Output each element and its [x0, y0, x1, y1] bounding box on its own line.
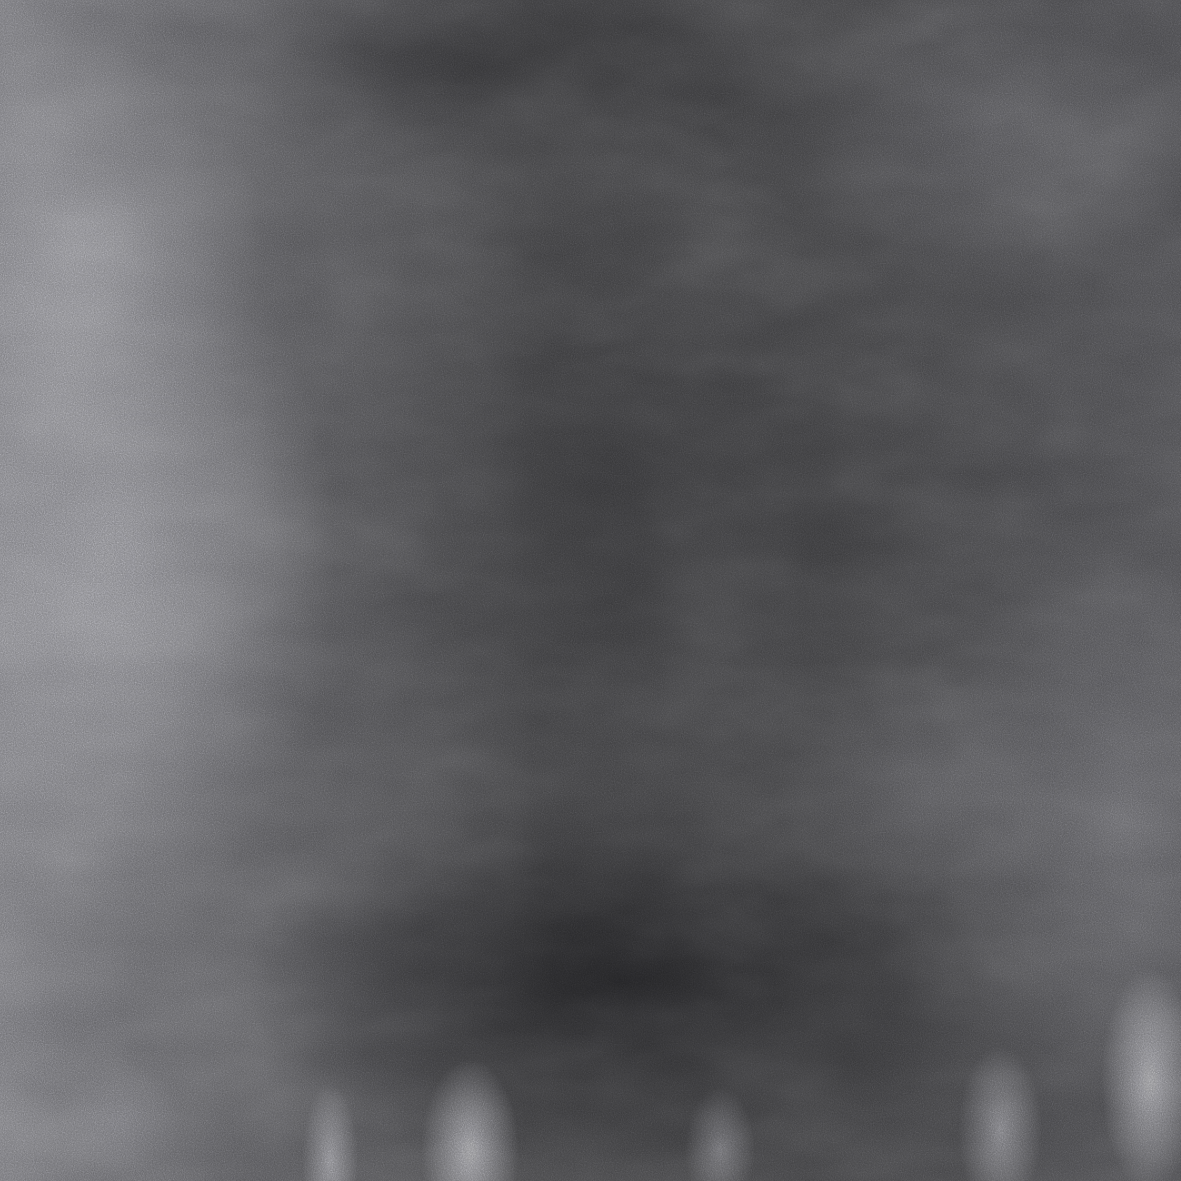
concrete-texture — [0, 0, 1181, 1181]
mottle-noise-layer — [0, 0, 1181, 1181]
